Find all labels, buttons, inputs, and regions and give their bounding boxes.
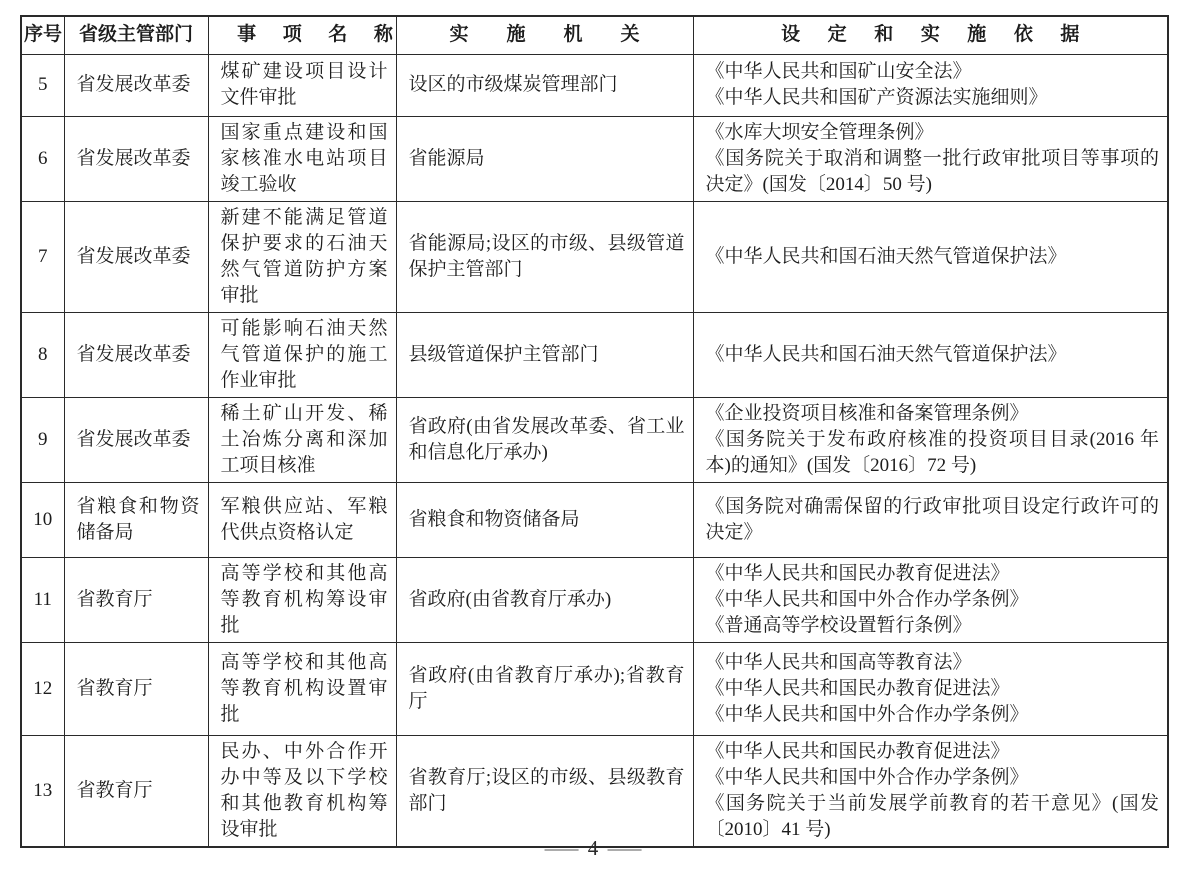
agency-cell: 设区的市级煤炭管理部门 <box>396 54 693 116</box>
department-cell: 省教育厅 <box>64 557 208 642</box>
agency-cell: 省政府(由省教育厅承办) <box>396 557 693 642</box>
page-footer: —4— <box>0 836 1186 861</box>
footer-dash-left: — <box>544 836 578 861</box>
basis-cell: 《国务院对确需保留的行政审批项目设定行政许可的决定》 <box>693 482 1168 557</box>
agency-cell: 省政府(由省发展改革委、省工业和信息化厅承办) <box>396 397 693 482</box>
agency-cell: 省能源局 <box>396 116 693 201</box>
basis-line: 《中华人民共和国矿产资源法实施细则》 <box>706 85 1160 111</box>
header-no: 序号 <box>21 16 64 54</box>
header-agency: 实施机关 <box>396 16 693 54</box>
item-name-cell: 煤矿建设项目设计文件审批 <box>208 54 396 116</box>
department-cell: 省发展改革委 <box>64 201 208 312</box>
agency-cell: 省政府(由省教育厅承办);省教育厅 <box>396 642 693 735</box>
row-number: 5 <box>21 54 64 116</box>
agency-cell: 省粮食和物资储备局 <box>396 482 693 557</box>
table-row: 5 省发展改革委 煤矿建设项目设计文件审批 设区的市级煤炭管理部门 《中华人民共… <box>21 54 1168 116</box>
basis-cell: 《水库大坝安全管理条例》 《国务院关于取消和调整一批行政审批项目等事项的决定》(… <box>693 116 1168 201</box>
header-item-name: 事项名称 <box>208 16 396 54</box>
agency-cell: 县级管道保护主管部门 <box>396 312 693 397</box>
table-header-row: 序号 省级主管部门 事项名称 实施机关 设定和实施依据 <box>21 16 1168 54</box>
basis-line: 《国务院关于发布政府核准的投资项目目录(2016 年本)的通知》(国发〔2016… <box>706 427 1160 479</box>
department-cell: 省教育厅 <box>64 735 208 847</box>
item-name-cell: 高等学校和其他高等教育机构设置审批 <box>208 642 396 735</box>
basis-cell: 《中华人民共和国民办教育促进法》 《中华人民共和国中外合作办学条例》 《普通高等… <box>693 557 1168 642</box>
row-number: 11 <box>21 557 64 642</box>
basis-cell: 《企业投资项目核准和备案管理条例》 《国务院关于发布政府核准的投资项目目录(20… <box>693 397 1168 482</box>
row-number: 8 <box>21 312 64 397</box>
basis-line: 《普通高等学校设置暂行条例》 <box>706 613 1160 639</box>
basis-cell: 《中华人民共和国民办教育促进法》 《中华人民共和国中外合作办学条例》 《国务院关… <box>693 735 1168 847</box>
basis-line: 《中华人民共和国民办教育促进法》 <box>706 676 1160 702</box>
row-number: 7 <box>21 201 64 312</box>
basis-line: 《国务院关于取消和调整一批行政审批项目等事项的决定》(国发〔2014〕50 号) <box>706 146 1160 198</box>
department-cell: 省发展改革委 <box>64 312 208 397</box>
item-name-cell: 高等学校和其他高等教育机构筹设审批 <box>208 557 396 642</box>
basis-line: 《中华人民共和国中外合作办学条例》 <box>706 765 1160 791</box>
basis-line: 《中华人民共和国高等教育法》 <box>706 650 1160 676</box>
department-cell: 省粮食和物资储备局 <box>64 482 208 557</box>
basis-cell: 《中华人民共和国高等教育法》 《中华人民共和国民办教育促进法》 《中华人民共和国… <box>693 642 1168 735</box>
document-page: 序号 省级主管部门 事项名称 实施机关 设定和实施依据 5 省发展改革委 煤矿建… <box>0 0 1186 883</box>
row-number: 13 <box>21 735 64 847</box>
basis-line: 《中华人民共和国矿山安全法》 <box>706 59 1160 85</box>
table-row: 9 省发展改革委 稀土矿山开发、稀土冶炼分离和深加工项目核准 省政府(由省发展改… <box>21 397 1168 482</box>
header-department: 省级主管部门 <box>64 16 208 54</box>
table-row: 13 省教育厅 民办、中外合作开办中等及以下学校和其他教育机构筹设审批 省教育厅… <box>21 735 1168 847</box>
basis-line: 《中华人民共和国石油天然气管道保护法》 <box>706 342 1160 368</box>
basis-line: 《中华人民共和国民办教育促进法》 <box>706 739 1160 765</box>
table-row: 11 省教育厅 高等学校和其他高等教育机构筹设审批 省政府(由省教育厅承办) 《… <box>21 557 1168 642</box>
table-row: 7 省发展改革委 新建不能满足管道保护要求的石油天然气管道防护方案审批 省能源局… <box>21 201 1168 312</box>
item-name-cell: 可能影响石油天然气管道保护的施工作业审批 <box>208 312 396 397</box>
department-cell: 省发展改革委 <box>64 54 208 116</box>
table-row: 10 省粮食和物资储备局 军粮供应站、军粮代供点资格认定 省粮食和物资储备局 《… <box>21 482 1168 557</box>
department-cell: 省发展改革委 <box>64 397 208 482</box>
basis-line: 《中华人民共和国中外合作办学条例》 <box>706 702 1160 728</box>
basis-line: 《中华人民共和国中外合作办学条例》 <box>706 587 1160 613</box>
agency-cell: 省能源局;设区的市级、县级管道保护主管部门 <box>396 201 693 312</box>
basis-line: 《国务院关于当前发展学前教育的若干意见》(国发〔2010〕41 号) <box>706 791 1160 843</box>
department-cell: 省教育厅 <box>64 642 208 735</box>
page-number: 4 <box>588 836 599 861</box>
row-number: 10 <box>21 482 64 557</box>
table-row: 8 省发展改革委 可能影响石油天然气管道保护的施工作业审批 县级管道保护主管部门… <box>21 312 1168 397</box>
item-name-cell: 新建不能满足管道保护要求的石油天然气管道防护方案审批 <box>208 201 396 312</box>
basis-line: 《中华人民共和国民办教育促进法》 <box>706 561 1160 587</box>
basis-line: 《水库大坝安全管理条例》 <box>706 120 1160 146</box>
basis-cell: 《中华人民共和国矿山安全法》 《中华人民共和国矿产资源法实施细则》 <box>693 54 1168 116</box>
table-row: 6 省发展改革委 国家重点建设和国家核准水电站项目竣工验收 省能源局 《水库大坝… <box>21 116 1168 201</box>
item-name-cell: 民办、中外合作开办中等及以下学校和其他教育机构筹设审批 <box>208 735 396 847</box>
item-name-cell: 稀土矿山开发、稀土冶炼分离和深加工项目核准 <box>208 397 396 482</box>
row-number: 9 <box>21 397 64 482</box>
row-number: 12 <box>21 642 64 735</box>
item-name-cell: 国家重点建设和国家核准水电站项目竣工验收 <box>208 116 396 201</box>
agency-cell: 省教育厅;设区的市级、县级教育部门 <box>396 735 693 847</box>
department-cell: 省发展改革委 <box>64 116 208 201</box>
basis-line: 《国务院对确需保留的行政审批项目设定行政许可的决定》 <box>706 494 1160 546</box>
row-number: 6 <box>21 116 64 201</box>
basis-cell: 《中华人民共和国石油天然气管道保护法》 <box>693 312 1168 397</box>
item-name-cell: 军粮供应站、军粮代供点资格认定 <box>208 482 396 557</box>
basis-line: 《中华人民共和国石油天然气管道保护法》 <box>706 244 1160 270</box>
footer-dash-right: — <box>608 836 642 861</box>
table-row: 12 省教育厅 高等学校和其他高等教育机构设置审批 省政府(由省教育厅承办);省… <box>21 642 1168 735</box>
basis-cell: 《中华人民共和国石油天然气管道保护法》 <box>693 201 1168 312</box>
basis-line: 《企业投资项目核准和备案管理条例》 <box>706 401 1160 427</box>
approval-items-table: 序号 省级主管部门 事项名称 实施机关 设定和实施依据 5 省发展改革委 煤矿建… <box>20 15 1169 848</box>
header-basis: 设定和实施依据 <box>693 16 1168 54</box>
